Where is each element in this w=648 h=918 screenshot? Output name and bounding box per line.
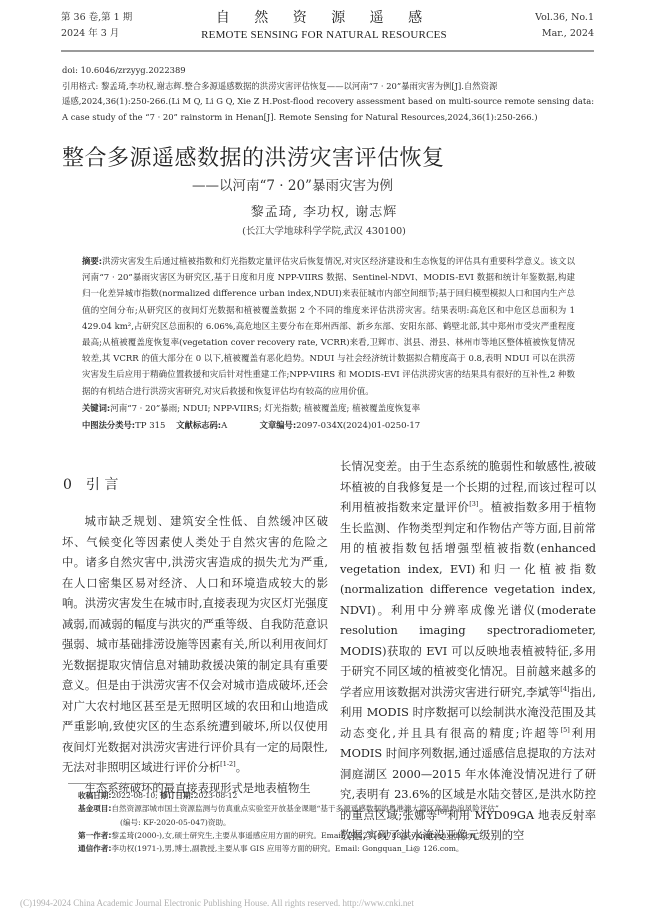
doc-code-value: A: [221, 421, 227, 431]
keywords-row: 关键词:河南“7 · 20”暴雨; NDUI; NPP-VIIRS; 灯光指数;…: [82, 400, 575, 417]
abstract-text: 洪涝灾害发生后通过植被指数和灯光指数定量评估灾后恢复情况,对灾区经济建设和生态恢…: [82, 257, 575, 397]
citation-line-3: A case study of the “7 · 20” rainstorm i…: [62, 110, 594, 126]
fund-row-cont: (编号: KF-2020-05-047)资助。: [78, 816, 598, 829]
clc-label: 中图法分类号:: [82, 420, 135, 430]
citation-ref[interactable]: [4]: [560, 685, 569, 693]
clc-value: TP 315: [135, 421, 165, 431]
article-no-label: 文章编号:: [260, 420, 297, 430]
corresponding-author-row: 通信作者:李功权(1971-),男,博士,副教授,主要从事 GIS 应用等方面的…: [78, 842, 598, 855]
keywords-label: 关键词:: [82, 403, 110, 413]
citation-line-1: 引用格式: 黎孟琦,李功权,谢志辉.整合多源遥感数据的洪涝灾害评估恢复——以河南…: [62, 79, 594, 95]
first-author-row: 第一作者:黎孟琦(2000-),女,硕士研究生,主要从事遥感应用方面的研究。Em…: [78, 829, 598, 842]
abstract-block: 摘要:洪涝灾害发生后通过植被指数和灯光指数定量评估灾后恢复情况,对灾区经济建设和…: [82, 253, 575, 434]
paragraph: 城市缺乏规划、建筑安全性低、自然缓冲区破坏、气候变化等因素使人类处于自然灾害的危…: [62, 512, 328, 779]
fund-row: 基金项目:自然资源部城市国土资源监测与仿真重点实验室开放基金课题“基于多源遥感数…: [78, 802, 598, 815]
date-en: Mar., 2024: [535, 26, 594, 42]
author-list: 黎孟琦, 李功权, 谢志辉: [0, 201, 648, 220]
abstract-label: 摘要:: [82, 256, 102, 266]
doi[interactable]: doi: 10.6046/zrzyyg.2022389: [62, 63, 594, 79]
footnote-divider: [68, 783, 174, 784]
article-title: 整合多源遥感数据的洪涝灾害评估恢复: [62, 141, 445, 172]
copyright-notice: (C)1994-2024 China Academic Journal Elec…: [20, 898, 414, 908]
doc-code-label: 文献标志码:: [176, 420, 221, 430]
article-no-value: 2097-034X(2024)01-0250-17: [296, 421, 420, 431]
section-title: 引 言: [86, 477, 118, 493]
volume-issue-en: Vol.36, No.1: [535, 10, 594, 26]
body-column-left: 城市缺乏规划、建筑安全性低、自然缓冲区破坏、气候变化等因素使人类处于自然灾害的危…: [62, 512, 328, 799]
citation-ref[interactable]: [5]: [561, 726, 570, 734]
footnotes: 收稿日期:2022-08-10; 修订日期:2023-08-12 基金项目:自然…: [78, 789, 598, 855]
dates-row: 收稿日期:2022-08-10; 修订日期:2023-08-12: [78, 789, 598, 802]
keywords: 河南“7 · 20”暴雨; NDUI; NPP-VIIRS; 灯光指数; 植被覆…: [110, 404, 420, 414]
affiliation: (长江大学地球科学学院,武汉 430100): [0, 223, 648, 237]
citation-ref[interactable]: [1-2]: [220, 760, 236, 768]
header-divider: [61, 50, 594, 52]
citation-block: doi: 10.6046/zrzyyg.2022389 引用格式: 黎孟琦,李功…: [62, 63, 594, 126]
section-number: 0: [63, 477, 72, 493]
article-subtitle: ——以河南“7 · 20”暴雨灾害为例: [192, 174, 393, 194]
running-header-right: Vol.36, No.1 Mar., 2024: [535, 10, 594, 42]
citation-line-2: 遥感,2024,36(1):250-266.(Li M Q, Li G Q, X…: [62, 94, 594, 110]
classification-row: 中图法分类号:TP 315 文献标志码:A 文章编号:2097-034X(202…: [82, 417, 575, 434]
section-heading: 0引 言: [63, 474, 118, 494]
abstract: 摘要:洪涝灾害发生后通过植被指数和灯光指数定量评估灾后恢复情况,对灾区经济建设和…: [82, 253, 575, 400]
